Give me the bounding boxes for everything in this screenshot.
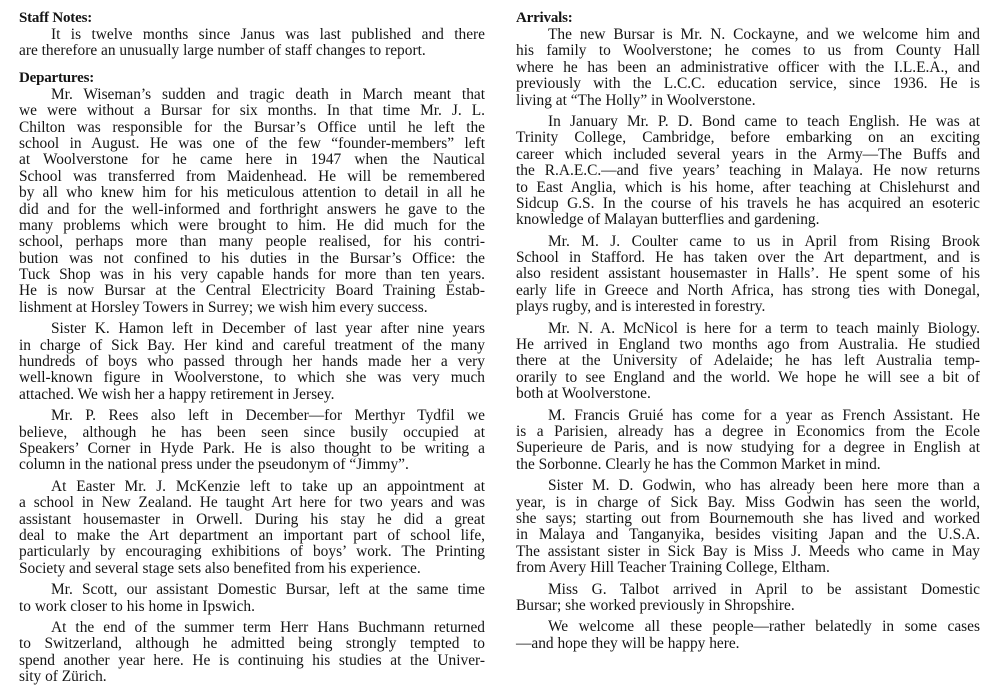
text-line: Mr. P. Rees also left in December—for Me…	[19, 408, 485, 424]
paragraph: M. Francis Gruié has come for a year as …	[516, 408, 980, 474]
paragraph: Miss G. Talbot arrived in April to be as…	[516, 582, 980, 615]
text-line: School was transferred from Maidenhead. …	[19, 169, 485, 185]
text-line: Mr. Wiseman’s sudden and tragic death in…	[19, 87, 485, 103]
text-line: Superieure de Paris, and is now studying…	[516, 440, 980, 456]
text-line: to Switzerland, although he admitted bei…	[19, 636, 485, 652]
text-line: the R.A.E.C.—and five years’ teaching in…	[516, 163, 980, 179]
paragraph: It is twelve months since Janus was last…	[19, 27, 485, 60]
text-line: where he has been an administrative offi…	[516, 60, 980, 76]
paragraph: At the end of the summer term Herr Hans …	[19, 620, 485, 686]
section-heading: Departures:	[19, 70, 485, 86]
text-line: Tuck Shop was in his very capable hands …	[19, 267, 485, 283]
text-line: The assistant sister in Sick Bay is Miss…	[516, 544, 980, 560]
text-line: are therefore an unusually large number …	[19, 43, 485, 59]
text-line: school, perhaps more than many people re…	[19, 234, 485, 250]
text-line: At Easter Mr. J. McKenzie left to take u…	[19, 479, 485, 495]
text-line: we were without a Bursar for six months.…	[19, 103, 485, 119]
text-line: year, is in charge of Sick Bay. Miss God…	[516, 495, 980, 511]
section-arrivals: Arrivals:The new Bursar is Mr. N. Cockay…	[516, 10, 980, 652]
text-line: Society and several stage sets also bene…	[19, 561, 485, 577]
text-line: his family to Woolverstone; he comes to …	[516, 43, 980, 59]
paragraph: The new Bursar is Mr. N. Cockayne, and w…	[516, 27, 980, 109]
text-line: previously with the L.C.C. education ser…	[516, 76, 980, 92]
text-line: believe, although he has been seen since…	[19, 425, 485, 441]
text-line: —and hope they will be happy here.	[516, 636, 980, 652]
text-line: Miss G. Talbot arrived in April to be as…	[516, 582, 980, 598]
text-line: both at Woolverstone.	[516, 386, 980, 402]
text-line: early life in Greece and North Africa, h…	[516, 283, 980, 299]
text-line: the Sorbonne. Clearly he has the Common …	[516, 457, 980, 473]
paragraph: Mr. M. J. Coulter came to us in April fr…	[516, 234, 980, 316]
text-line: Mr. N. A. McNicol is here for a term to …	[516, 321, 980, 337]
text-line: to East Anglia, which is his home, after…	[516, 180, 980, 196]
paragraph: Mr. Scott, our assistant Domestic Bursar…	[19, 582, 485, 615]
text-line: At the end of the summer term Herr Hans …	[19, 620, 485, 636]
paragraph: Mr. N. A. McNicol is here for a term to …	[516, 321, 980, 403]
text-line: attached. We wish her a happy retirement…	[19, 387, 485, 403]
text-line: Speakers’ Corner in Hyde Park. He is als…	[19, 441, 485, 457]
text-line: from Avery Hill Teacher Training College…	[516, 560, 980, 576]
text-line: plays rugby, and is interested in forest…	[516, 299, 980, 315]
right-column: Arrivals:The new Bursar is Mr. N. Cockay…	[516, 10, 980, 657]
paragraph: Mr. P. Rees also left in December—for Me…	[19, 408, 485, 474]
text-line: The new Bursar is Mr. N. Cockayne, and w…	[516, 27, 980, 43]
text-line: Chilton was responsible for the Bursar’s…	[19, 120, 485, 136]
left-column: Staff Notes:It is twelve months since Ja…	[19, 10, 485, 690]
text-line: there at the University of Adelaide; he …	[516, 353, 980, 369]
paragraph: Mr. Wiseman’s sudden and tragic death in…	[19, 87, 485, 316]
text-line: knowledge of Malayan butterflies and gar…	[516, 212, 980, 228]
text-line: by all who knew him for his meticulous a…	[19, 185, 485, 201]
text-line: particularly by encouraging exhibitions …	[19, 544, 485, 560]
text-line: M. Francis Gruié has come for a year as …	[516, 408, 980, 424]
text-line: School in Stafford. He has taken over th…	[516, 250, 980, 266]
text-line: Sister K. Hamon left in December of last…	[19, 321, 485, 337]
text-line: spend another year here. He is continuin…	[19, 653, 485, 669]
paragraph: Sister K. Hamon left in December of last…	[19, 321, 485, 403]
section-heading: Arrivals:	[516, 10, 980, 26]
text-line: He is now Bursar at the Central Electric…	[19, 283, 485, 299]
text-line: In January Mr. P. D. Bond came to teach …	[516, 114, 980, 130]
text-line: hundreds of boys who passed through her …	[19, 354, 485, 370]
text-line: a school in New Zealand. He taught Art h…	[19, 495, 485, 511]
text-line: many problems which were brought to him.…	[19, 218, 485, 234]
text-line: deal to make the Art department an impor…	[19, 528, 485, 544]
text-line: orarily to see England and the world. We…	[516, 370, 980, 386]
text-line: column in the national press under the p…	[19, 457, 485, 473]
text-line: Trinity College, Cambridge, before embar…	[516, 130, 980, 146]
text-line: Sister M. D. Godwin, who has already bee…	[516, 478, 980, 494]
text-line: lishment at Horsley Towers in Surrey; we…	[19, 300, 485, 316]
text-line: Sidcup G.S. In the course of his travels…	[516, 196, 980, 212]
section-staffnotes: Staff Notes:It is twelve months since Ja…	[19, 10, 485, 70]
text-line: at Woolverstone for he came here in 1947…	[19, 152, 485, 168]
text-line: in Malaya and Tanganyika, besides visiti…	[516, 527, 980, 543]
text-line: to work closer to his home in Ipswich.	[19, 599, 485, 615]
text-line: It is twelve months since Janus was last…	[19, 27, 485, 43]
text-line: also resident assistant housemaster in H…	[516, 266, 980, 282]
paragraph: In January Mr. P. D. Bond came to teach …	[516, 114, 980, 229]
paragraph: At Easter Mr. J. McKenzie left to take u…	[19, 479, 485, 577]
text-line: Mr. Scott, our assistant Domestic Bursar…	[19, 582, 485, 598]
text-line: bution was not confined to his duties in…	[19, 251, 485, 267]
section-departures: Departures:Mr. Wiseman’s sudden and trag…	[19, 70, 485, 686]
text-line: school in August. He was one of the few …	[19, 136, 485, 152]
text-line: career which included several years in t…	[516, 147, 980, 163]
text-line: Mr. M. J. Coulter came to us in April fr…	[516, 234, 980, 250]
text-line: is a Parisien, already has a degree in E…	[516, 424, 980, 440]
text-line: assistant housemaster in Orwell. During …	[19, 512, 485, 528]
text-line: well-known figure in Woolverstone, to wh…	[19, 370, 485, 386]
text-line: living at “The Holly” in Woolverstone.	[516, 93, 980, 109]
text-line: did and for the well-informed and forthr…	[19, 202, 485, 218]
text-line: We welcome all these people—rather belat…	[516, 619, 980, 635]
text-line: she says; starting out from Bournemouth …	[516, 511, 980, 527]
text-line: Bursar; she worked previously in Shropsh…	[516, 598, 980, 614]
text-line: in charge of Sick Bay. Her kind and care…	[19, 338, 485, 354]
section-heading: Staff Notes:	[19, 10, 485, 26]
text-line: He arrived in England two months ago fro…	[516, 337, 980, 353]
text-line: sity of Zürich.	[19, 669, 485, 685]
paragraph: Sister M. D. Godwin, who has already bee…	[516, 478, 980, 576]
paragraph: We welcome all these people—rather belat…	[516, 619, 980, 652]
